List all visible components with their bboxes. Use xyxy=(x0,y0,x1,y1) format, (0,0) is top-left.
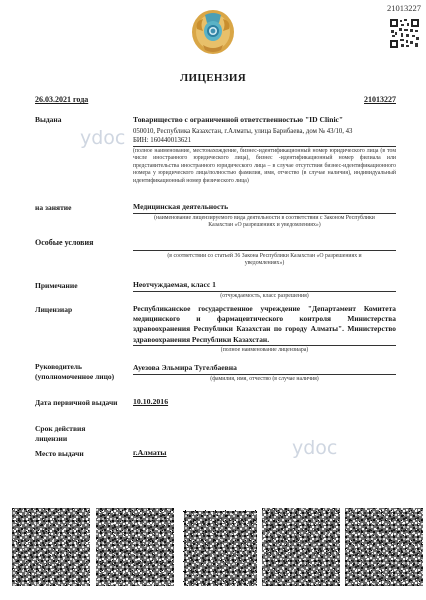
watermark-ydoc: ydoc xyxy=(80,127,125,149)
activity-value: Медицинская деятельность xyxy=(133,202,228,211)
place-value: г.Алматы xyxy=(133,448,167,457)
divider xyxy=(133,250,396,251)
validity-label-line2: лицензии xyxy=(35,434,85,444)
licensee-caption: (полное наименование, местонахождение, б… xyxy=(133,148,396,185)
head-value: Ауезова Эльмира Тугелбаевна xyxy=(133,363,237,372)
divider xyxy=(133,291,396,292)
special-conditions-label: Особые условия xyxy=(35,238,93,248)
validity-label: Срок действия лицензии xyxy=(35,424,85,444)
divider xyxy=(133,146,396,147)
validity-label-line1: Срок действия xyxy=(35,424,85,434)
activity-label: на занятие xyxy=(35,203,71,213)
first-issue-label: Дата первичной выдачи xyxy=(35,398,118,408)
qr-code-icon xyxy=(389,18,420,49)
barcode-5-icon xyxy=(345,508,423,586)
barcode-1-icon xyxy=(12,508,90,586)
licensor-label: Лицензиар xyxy=(35,305,72,315)
licensee-bin: БИН: 160440013621 xyxy=(133,136,191,145)
state-emblem-icon xyxy=(191,9,235,55)
note-caption: (отчуждаемость, класс разрешения) xyxy=(133,293,396,300)
watermark-ydoc: ydoc xyxy=(292,437,337,459)
place-label: Место выдачи xyxy=(35,449,84,459)
divider xyxy=(133,213,396,214)
issue-date: 26.03.2021 года xyxy=(35,95,88,104)
issued-to-label: Выдана xyxy=(35,115,61,125)
licensor-value: Республиканское государственное учрежден… xyxy=(133,304,396,345)
barcode-4-icon xyxy=(262,508,340,586)
licensor-caption: (полное наименование лицензиара) xyxy=(133,347,396,354)
note-value: Неотчуждаемая, класс 1 xyxy=(133,280,216,289)
licensee-address: 050010, Республика Казахстан, г.Алматы, … xyxy=(133,127,352,136)
barcode-2-icon xyxy=(96,508,174,586)
license-number: 21013227 xyxy=(364,95,396,104)
head-label-line2: (уполномоченное лицо) xyxy=(35,372,114,382)
document-title: ЛИЦЕНЗИЯ xyxy=(0,72,426,84)
divider xyxy=(133,345,396,346)
first-issue-value: 10.10.2016 xyxy=(133,397,168,406)
special-conditions-caption: (в соответствии со статьей 36 Закона Рес… xyxy=(133,253,396,267)
head-label-line1: Руководитель xyxy=(35,362,114,372)
activity-caption: (наименование лицензируемого вида деятел… xyxy=(133,215,396,229)
barcode-3-icon xyxy=(179,508,257,586)
head-label: Руководитель (уполномоченное лицо) xyxy=(35,362,114,382)
note-label: Примечание xyxy=(35,281,78,291)
licensee-name: Товарищество с ограниченной ответственно… xyxy=(133,115,343,124)
head-caption: (фамилия, имя, отчество (в случае наличи… xyxy=(133,376,396,383)
divider xyxy=(133,374,396,375)
document-number-top: 21013227 xyxy=(387,3,421,13)
